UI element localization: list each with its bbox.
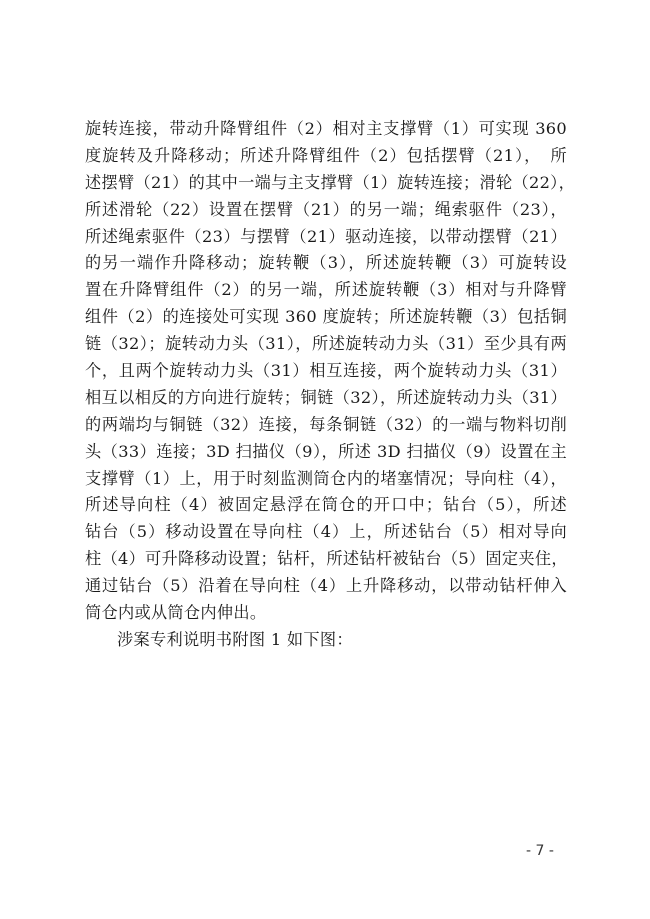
text-line: 所述导向柱（4）被固定悬浮在筒仓的开口中；钻台（5），所述: [85, 492, 567, 519]
text-line: 通过钻台（5）沿着在导向柱（4）上升降移动，以带动钻杆伸入: [85, 573, 567, 600]
text-line: 筒仓内或从筒仓内伸出。: [85, 600, 567, 627]
text-line: 所述绳索驱件（23）与摆臂（21）驱动连接，以带动摆臂（21）: [85, 224, 567, 251]
text-line: 头（33）连接；3D 扫描仪（9），所述 3D 扫描仪（9）设置在主: [85, 439, 567, 466]
text-line: 度旋转及升降移动；所述升降臂组件（2）包括摆臂（21）， 所: [85, 143, 567, 170]
text-line: 链（32）；旋转动力头（31），所述旋转动力头（31）至少具有两: [85, 331, 567, 358]
text-line: 涉案专利说明书附图 1 如下图：: [85, 627, 567, 654]
document-page: 旋转连接，带动升降臂组件（2）相对主支撑臂（1）可实现 360 度旋转及升降移动…: [0, 0, 650, 919]
text-line: 支撑臂（1）上，用于时刻监测筒仓内的堵塞情况；导向柱（4），: [85, 466, 567, 493]
text-line: 所述滑轮（22）设置在摆臂（21）的另一端；绳索驱件（23），: [85, 197, 567, 224]
text-line: 述摆臂（21）的其中一端与主支撑臂（1）旋转连接；滑轮（22），: [85, 170, 567, 197]
page-number: - 7 -: [490, 843, 590, 859]
text-line: 柱（4）可升降移动设置；钻杆，所述钻杆被钻台（5）固定夹住，: [85, 546, 567, 573]
text-line: 的两端均与铜链（32）连接，每条铜链（32）的一端与物料切削: [85, 412, 567, 439]
text-line: 组件（2）的连接处可实现 360 度旋转；所述旋转鞭（3）包括铜: [85, 304, 567, 331]
text-line: 钻台（5）移动设置在导向柱（4）上，所述钻台（5）相对导向: [85, 519, 567, 546]
text-line: 置在升降臂组件（2）的另一端，所述旋转鞭（3）相对与升降臂: [85, 277, 567, 304]
text-line: 相互以相反的方向进行旋转；铜链（32），所述旋转动力头（31）: [85, 385, 567, 412]
body-text: 旋转连接，带动升降臂组件（2）相对主支撑臂（1）可实现 360 度旋转及升降移动…: [85, 116, 567, 654]
text-line: 的另一端作升降移动；旋转鞭（3），所述旋转鞭（3）可旋转设: [85, 250, 567, 277]
text-line: 个，且两个旋转动力头（31）相互连接，两个旋转动力头（31）: [85, 358, 567, 385]
paragraph-claim-description: 旋转连接，带动升降臂组件（2）相对主支撑臂（1）可实现 360 度旋转及升降移动…: [85, 116, 567, 627]
text-line: 旋转连接，带动升降臂组件（2）相对主支撑臂（1）可实现 360: [85, 116, 567, 143]
paragraph-figure-reference: 涉案专利说明书附图 1 如下图：: [85, 627, 567, 654]
